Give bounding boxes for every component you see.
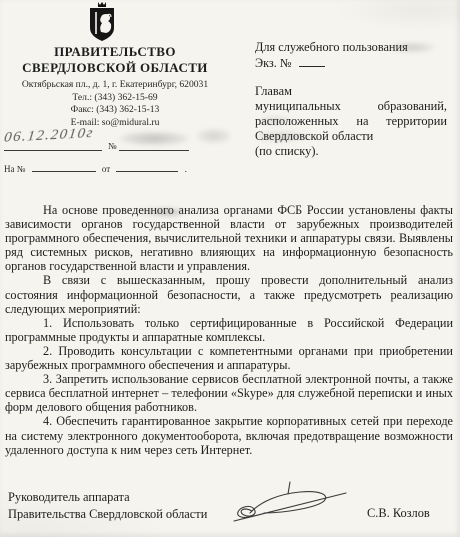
number-label: № <box>108 141 117 151</box>
body-paragraph: 4. Обеспечить гарантированное закрытие к… <box>5 414 453 456</box>
signer-position-line1: Руководитель аппарата <box>8 489 238 506</box>
org-name-line1: ПРАВИТЕЛЬСТВО <box>0 44 230 60</box>
letter-body: На основе проведенного анализа органами … <box>5 203 453 457</box>
body-paragraph: На основе проведенного анализа органами … <box>5 203 453 273</box>
copy-number-label: Экз. № <box>255 56 292 70</box>
letterhead-contacts: Октябрьская пл., д. 1, г. Екатеринбург, … <box>0 79 230 129</box>
org-name: ПРАВИТЕЛЬСТВО СВЕРДЛОВСКОЙ ОБЛАСТИ <box>0 44 230 76</box>
letterhead-fax: Факс: (343) 362-15-13 <box>0 104 230 117</box>
addressee-line: (по списку). <box>255 144 447 159</box>
scan-smudge <box>258 116 292 126</box>
scan-smudge <box>196 128 232 144</box>
reply-row-period: . <box>185 164 187 174</box>
on-number-underline <box>32 171 96 172</box>
addressee-line: Главам <box>255 84 447 99</box>
from-label: от <box>102 164 110 174</box>
scan-smudge <box>154 208 184 217</box>
scan-smudge <box>118 131 190 146</box>
letterhead-email: E-mail: so@midural.ru <box>0 117 230 130</box>
scanned-letter-page: ПРАВИТЕЛЬСТВО СВЕРДЛОВСКОЙ ОБЛАСТИ Октяб… <box>0 0 460 537</box>
coat-of-arms-icon <box>88 2 116 42</box>
letterhead-phone: Тел.: (343) 362-15-69 <box>0 92 230 105</box>
handwritten-signature-icon <box>228 478 353 526</box>
date-underline <box>4 149 102 151</box>
scan-smudge <box>388 42 436 53</box>
body-paragraph: 3. Запретить использование сервисов бесп… <box>5 372 453 414</box>
signer-position-line2: Правительства Свердловской области <box>8 506 238 523</box>
copy-number-underline <box>299 66 325 67</box>
addressee-line: муниципальных образований, <box>255 99 447 114</box>
scan-smudge <box>253 131 311 142</box>
org-name-line2: СВЕРДЛОВСКОЙ ОБЛАСТИ <box>0 60 230 76</box>
on-number-label: На № <box>4 164 25 174</box>
reply-reference-row: На № от . <box>4 164 224 174</box>
number-underline <box>119 149 189 151</box>
signer-name: С.В. Козлов <box>367 506 430 521</box>
body-paragraph: 2. Проводить консультации с компетентным… <box>5 344 453 372</box>
letterhead-address: Октябрьская пл., д. 1, г. Екатеринбург, … <box>0 79 230 92</box>
from-underline <box>116 171 178 172</box>
body-paragraph: В связи с вышесказанным, прошу провести … <box>5 273 453 315</box>
body-paragraph: 1. Использовать только сертифицированные… <box>5 316 453 344</box>
signer-position: Руководитель аппарата Правительства Свер… <box>8 489 238 523</box>
